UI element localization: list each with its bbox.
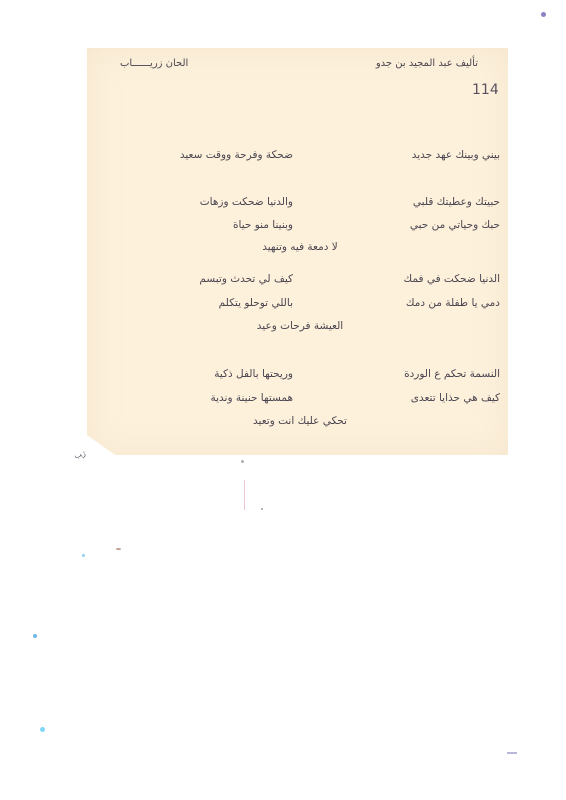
verse-line: بيني وبينك عهد جديد ضحكة وفرحة ووقت سعيد [90, 149, 510, 165]
verse-line: النسمة تحكم ع الوردة وريحتها بالفل ذكية [90, 368, 510, 384]
verse-first-half: حبك وحياتي من حبي [410, 219, 500, 231]
scan-streak [244, 480, 245, 510]
scan-speck [33, 634, 37, 638]
page-number: 114 [472, 82, 499, 98]
verse-second-half: باللي توحلو يتكلم [219, 297, 293, 309]
composer-credit: الحان زريــــــاب [120, 58, 188, 69]
verse-line: كيف هي حذايا تتعدى همستها حنينة وندية [90, 392, 510, 408]
verse-second-half: وبنينا منو حياة [233, 219, 293, 231]
verse-line: دمي يا طفلة من دمك باللي توحلو يتكلم [90, 297, 510, 313]
verse-second-half: وريحتها بالفل ذكية [214, 368, 293, 380]
verse-second-half: ضحكة وفرحة ووقت سعيد [180, 149, 293, 161]
verse-first-half: الدنيا ضحكت في فمك [404, 273, 500, 285]
verse-line: الدنيا ضحكت في فمك كيف لي تحدث وتبسم [90, 273, 510, 289]
stanza-refrain: لا دمعة فيه وتنهيد [90, 241, 510, 253]
stanza-refrain: العيشة فرحات وعيد [90, 320, 510, 332]
scan-speck [241, 460, 244, 463]
author-credit: تأليف عبد المجيد بن جدو [376, 58, 478, 69]
scan-speck [82, 554, 85, 557]
verse-second-half: همستها حنينة وندية [210, 392, 293, 404]
verse-line: حبك وحياتي من حبي وبنينا منو حياة [90, 219, 510, 235]
scan-speck [261, 508, 263, 510]
scan-streak [507, 752, 517, 754]
verse-first-half: كيف هي حذايا تتعدى [411, 392, 500, 404]
verse-first-half: بيني وبينك عهد جديد [412, 149, 500, 161]
scan-speck [541, 12, 546, 17]
verse-first-half: النسمة تحكم ع الوردة [404, 368, 500, 380]
verse-first-half: حبيتك وعطيتك قلبي [413, 196, 500, 208]
scan-speck [116, 548, 121, 550]
verse-second-half: والدنيا ضحكت وزهات [200, 196, 293, 208]
verse-first-half: دمي يا طفلة من دمك [406, 297, 500, 309]
verse-line: حبيتك وعطيتك قلبي والدنيا ضحكت وزهات [90, 196, 510, 212]
verse-second-half: كيف لي تحدث وتبسم [199, 273, 293, 285]
stanza-refrain: تحكي عليك انت وتعيد [90, 415, 510, 427]
scan-speck [40, 727, 45, 732]
margin-scribble: ژ‍ب [73, 449, 87, 461]
